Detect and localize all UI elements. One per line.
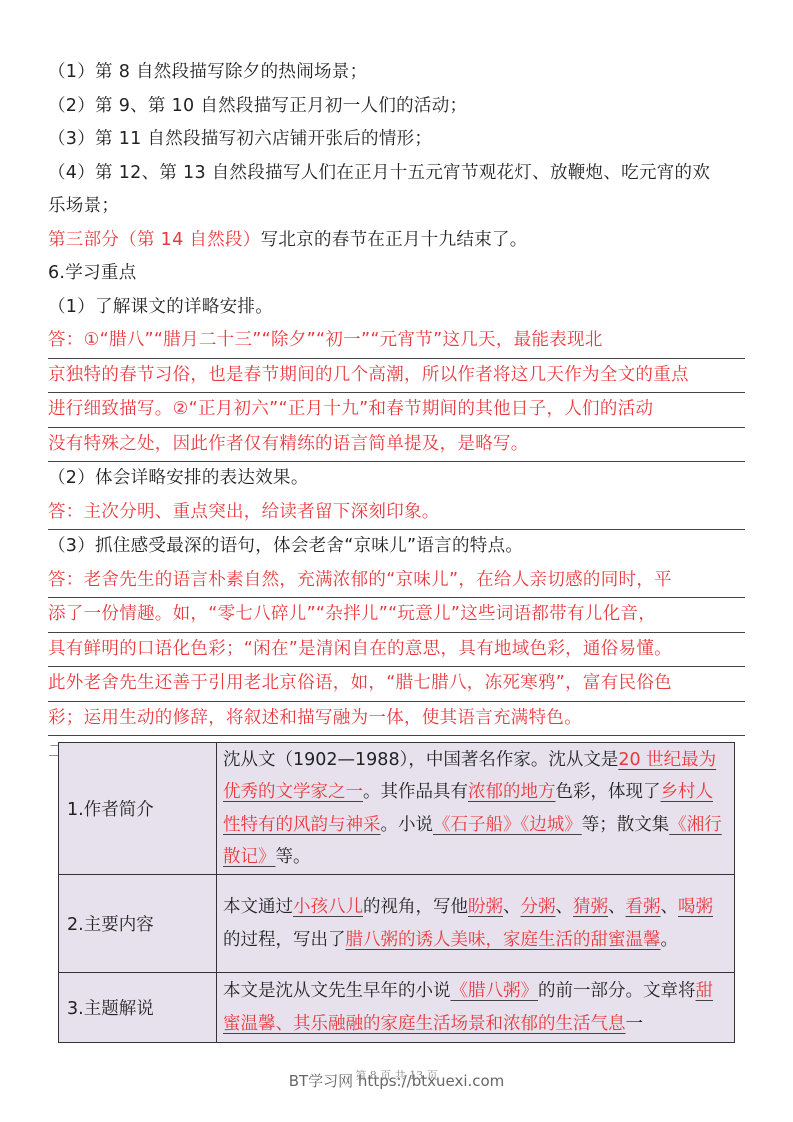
part2-item-4: （4）第 12、第 13 自然段描写人们在正月十五元宵节观花灯、放鞭炮、吃元宵的… [48,157,745,191]
body-text: 本文通过 [223,897,293,917]
row-label: 1.作者简介 [59,743,217,875]
key-phrase: 浓郁的地方 [468,782,556,802]
table-row: 3.主题解说 本文是沈从文先生早年的小说《腊八粥》的前一部分。文章将甜蜜温馨、其… [59,973,735,1043]
answer-3-line-1: 答：老舍先生的语言朴素自然，充满浓郁的“京味儿”，在给人亲切感的同时，平 [48,564,745,599]
row-label: 2.主要内容 [59,875,217,973]
body-text: 本文是沈从文先生早年的小说 [223,981,451,1001]
table-row: 1.作者简介 沈从文（1902—1988），中国著名作家。沈从文是20 世纪最为… [59,743,735,875]
body-text: 沈从文（1902—1988），中国著名作家。沈从文是 [223,750,618,770]
key-phrase: 小孩八儿 [293,897,363,917]
page-footer: 第 8 页 共 13 页 BT学习网 https://btxuexi.com [0,1070,793,1091]
part2-item-1: （1）第 8 自然段描写除夕的热闹场景； [48,56,745,90]
answer-1-line-3: 进行细致描写。②“正月初六”“正月十九”和春节期间的其他日子，人们的活动 [48,393,745,428]
answer-3-line-2: 添了一份情趣。如，“零七八碎儿”“杂拌儿”“玩意儿”这些词语都带有儿化音， [48,598,745,633]
question-1: （1）了解课文的详略安排。 [48,291,745,325]
body-text: 一 [626,1014,644,1034]
body-text: 等。 [276,847,311,867]
row-content: 沈从文（1902—1988），中国著名作家。沈从文是20 世纪最为优秀的文学家之… [217,743,735,875]
key-phrase: 喝粥 [678,897,713,917]
body-text: 、 [661,897,679,917]
document-body: （1）第 8 自然段描写除夕的热闹场景； （2）第 9、第 10 自然段描写正月… [48,56,745,770]
key-phrase: 看粥 [626,897,661,917]
key-phrase: 分粥 [521,897,556,917]
laba-porridge-table: 1.作者简介 沈从文（1902—1988），中国著名作家。沈从文是20 世纪最为… [58,742,735,1043]
page-number: 第 8 页 共 13 页 [0,1067,793,1083]
part3-text: 写北京的春节在正月十九结束了。 [261,230,528,250]
key-phrase: 猜粥 [573,897,608,917]
question-3: （3）抓住感受最深的语句，体会老舍“京味儿”语言的特点。 [48,530,745,564]
row-content: 本文通过小孩八儿的视角，写他盼粥、分粥、猜粥、看粥、喝粥的过程，写出了腊八粥的诱… [217,875,735,973]
body-text: 。小说 [381,815,434,835]
body-text: 色彩，体现了 [556,782,661,802]
part2-item-4-cont: 乐场景； [48,190,745,224]
answer-1-line-4: 没有特殊之处，因此作者仅有精练的语言简单提及，是略写。 [48,428,745,463]
answer-1-line-1: 答：①“腊八”“腊月二十三”“除夕”“初一”“元宵节”这几天，最能表现北 [48,324,745,359]
answer-3-line-3: 具有鲜明的口语化色彩；“闲在”是清闲自在的意思，具有地域色彩，通俗易懂。 [48,633,745,668]
key-phrase: 《石子船》《边城》 [433,815,582,835]
body-text: 的过程，写出了 [223,930,346,950]
body-text: 、 [556,897,574,917]
key-phrase: 腊八粥的诱人美味，家庭生活的甜蜜温馨 [346,930,661,950]
part2-item-2: （2）第 9、第 10 自然段描写正月初一人们的活动； [48,90,745,124]
key-phrase: 《腊八粥》 [451,981,539,1001]
question-2: （2）体会详略安排的表达效果。 [48,462,745,496]
answer-3-line-5: 彩；运用生动的修辞，将叙述和描写融为一体，使其语言充满特色。 [48,702,745,737]
body-text: 的前一部分。文章将 [538,981,696,1001]
part2-item-3: （3）第 11 自然段描写初六店铺开张后的情形； [48,123,745,157]
row-label: 3.主题解说 [59,973,217,1043]
key-phrase: 盼粥 [468,897,503,917]
answer-3-line-4: 此外老舍先生还善于引用老北京俗语，如，“腊七腊八，冻死寒鸦”，富有民俗色 [48,667,745,702]
section6-title: 6.学习重点 [48,257,745,291]
answer-1-line-2: 京独特的春节习俗，也是春节期间的几个高潮，所以作者将这几天作为全文的重点 [48,359,745,394]
body-text: 、 [503,897,521,917]
body-text: 等；散文集 [582,815,670,835]
body-text: 、 [608,897,626,917]
table-row: 2.主要内容 本文通过小孩八儿的视角，写他盼粥、分粥、猜粥、看粥、喝粥的过程，写… [59,875,735,973]
body-text: 的视角，写他 [363,897,468,917]
answer-2-line-1: 答：主次分明、重点突出，给读者留下深刻印象。 [48,496,745,531]
part3-label: 第三部分（第 14 自然段） [48,230,261,250]
body-text: 。 [661,930,679,950]
body-text: 。其作品具有 [363,782,468,802]
row-content: 本文是沈从文先生早年的小说《腊八粥》的前一部分。文章将甜蜜温馨、其乐融融的家庭生… [217,973,735,1043]
part3-summary: 第三部分（第 14 自然段）写北京的春节在正月十九结束了。 [48,224,745,258]
